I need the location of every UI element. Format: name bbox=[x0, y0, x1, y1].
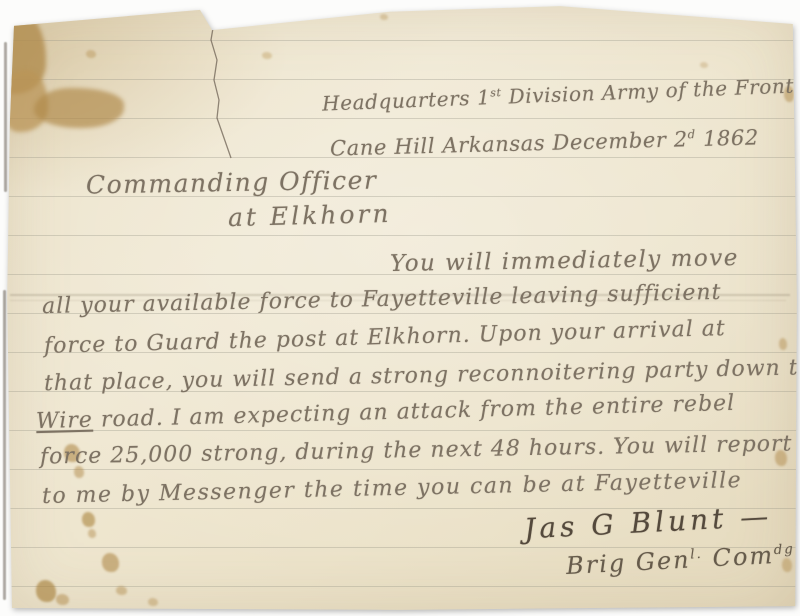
text-fragment: Com bbox=[702, 541, 775, 573]
scanned-letter: Headquarters 1st Division Army of the Fr… bbox=[0, 0, 800, 616]
stain-spot bbox=[380, 14, 388, 20]
stain-spot bbox=[148, 598, 158, 606]
text-fragment: 1862 bbox=[695, 125, 759, 151]
stain-spot bbox=[779, 338, 787, 350]
underlined-word: Wire bbox=[36, 408, 93, 434]
recipient-location: at Elkhorn bbox=[228, 201, 392, 232]
stain-spot bbox=[700, 62, 708, 68]
stain-spot bbox=[248, 6, 262, 14]
stain-spot bbox=[36, 580, 56, 602]
stain-spot bbox=[56, 594, 69, 605]
body-opening-line: You will immediately move bbox=[390, 246, 739, 276]
stain-spot bbox=[86, 50, 96, 58]
paper: Headquarters 1st Division Army of the Fr… bbox=[0, 0, 800, 616]
stain-spot bbox=[102, 553, 119, 572]
stain-spot bbox=[116, 586, 127, 595]
recipient-line: Commanding Officer bbox=[86, 167, 378, 198]
stain bbox=[34, 88, 124, 128]
paper-wrapper: Headquarters 1st Division Army of the Fr… bbox=[0, 0, 800, 616]
text-superscript: l. bbox=[690, 547, 703, 563]
stain-spot bbox=[82, 512, 95, 527]
stain-spot bbox=[88, 529, 96, 538]
stain-spot bbox=[262, 52, 272, 59]
text-superscript: st bbox=[490, 86, 502, 99]
text-superscript: dg bbox=[773, 542, 795, 558]
